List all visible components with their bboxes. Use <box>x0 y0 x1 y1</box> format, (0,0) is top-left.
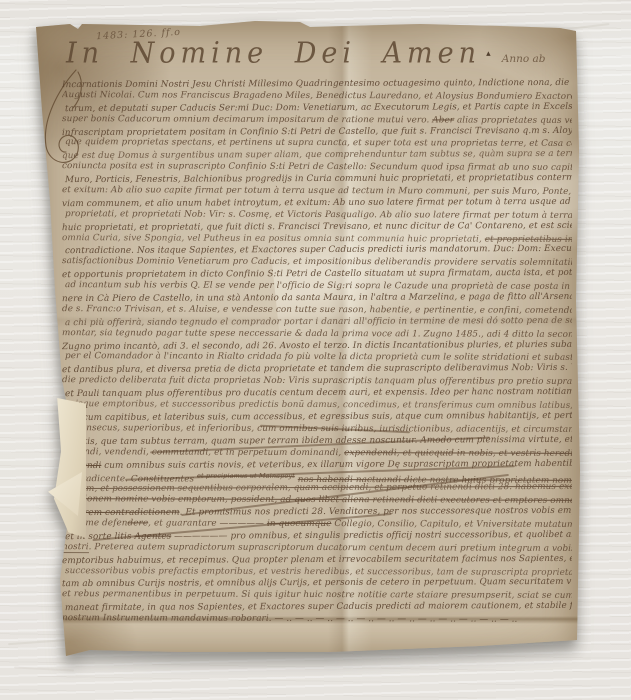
text-segment: nere in Cà Piero de Castello, in una stà… <box>62 292 572 305</box>
photo-of-manuscript: 1483: 126. ff.o In Nomine Dei Amen ▴ Ann… <box>0 0 631 700</box>
text-segment: —————— pro omnibus, et singulis predicti… <box>171 530 572 542</box>
text-segment: cunctis, que tam subtus terram, quam sup… <box>62 434 572 447</box>
title-text: In Nomine Dei Amen <box>66 37 481 70</box>
text-segment: omnia Curia, sive Spongia, vel Putheus i… <box>62 233 485 244</box>
interlinear-insertion: et precipiamus ut Mainapoyt <box>197 472 295 480</box>
struck-text: in quocumque <box>267 519 332 529</box>
struck-text: Aber <box>432 115 454 125</box>
text-segment: Incarnationis Domini Nostri Jesu Christi… <box>62 77 572 90</box>
text-segment: tarum, et deputati super Caducis Ser:mi … <box>65 101 572 114</box>
title-tail-text: Anno ab <box>502 53 546 65</box>
text-segment: . Et promisimus nos predicti 28. Vendito… <box>180 505 572 517</box>
text-segment: donandi, vendendi, commutandi, et in per… <box>62 447 344 458</box>
text-segment: , et guarantare ————— <box>148 518 267 528</box>
parchment-document: 1483: 126. ff.o In Nomine Dei Amen ▴ Ann… <box>30 20 582 662</box>
document-title: In Nomine Dei Amen ▴ Anno ab <box>66 38 572 78</box>
text-segment: suis cum capitibus, et lateribus suis, c… <box>62 410 572 423</box>
text-segment: super bonis Caducorum omnium decimarum i… <box>62 114 432 125</box>
text-segment: montar, sia tegnudo pagar tutte spese ne… <box>62 328 572 340</box>
struck-text: Agentes <box>134 531 171 541</box>
text-segment: Muro, Porticis, Fenestris, Balchionibus … <box>65 172 572 185</box>
text-segment: et Pauli tanquam plus offerentibus pro d… <box>65 386 572 399</box>
text-segment: huic proprietati, et proprietati, que fu… <box>62 220 572 233</box>
text-segment: nostrum Instrumentum mandavimus roborari… <box>62 613 517 625</box>
text-segment: emptoribus habuimus, et recepimus. Qua p… <box>62 553 572 566</box>
manuscript-line: nostrum Instrumentum mandavimus roborari… <box>62 612 572 626</box>
manuscript-body-text: Incarnationis Domini Nostri Jesu Christi… <box>62 78 572 625</box>
parchment-edge-curl <box>54 398 86 538</box>
text-segment: maneat firmitate, in qua nos Sapientes, … <box>65 600 572 613</box>
title-marker: ▴ <box>486 49 491 59</box>
text-segment: viam communem, et alio unum habet introy… <box>62 196 572 209</box>
text-segment: a chi più offerirà, siando tegnudo el co… <box>65 315 572 328</box>
struck-text: dere <box>128 518 149 528</box>
underlined-text: nostri <box>62 542 89 553</box>
parchment-sheet: 1483: 126. ff.o In Nomine Dei Amen ▴ Ann… <box>30 20 582 662</box>
